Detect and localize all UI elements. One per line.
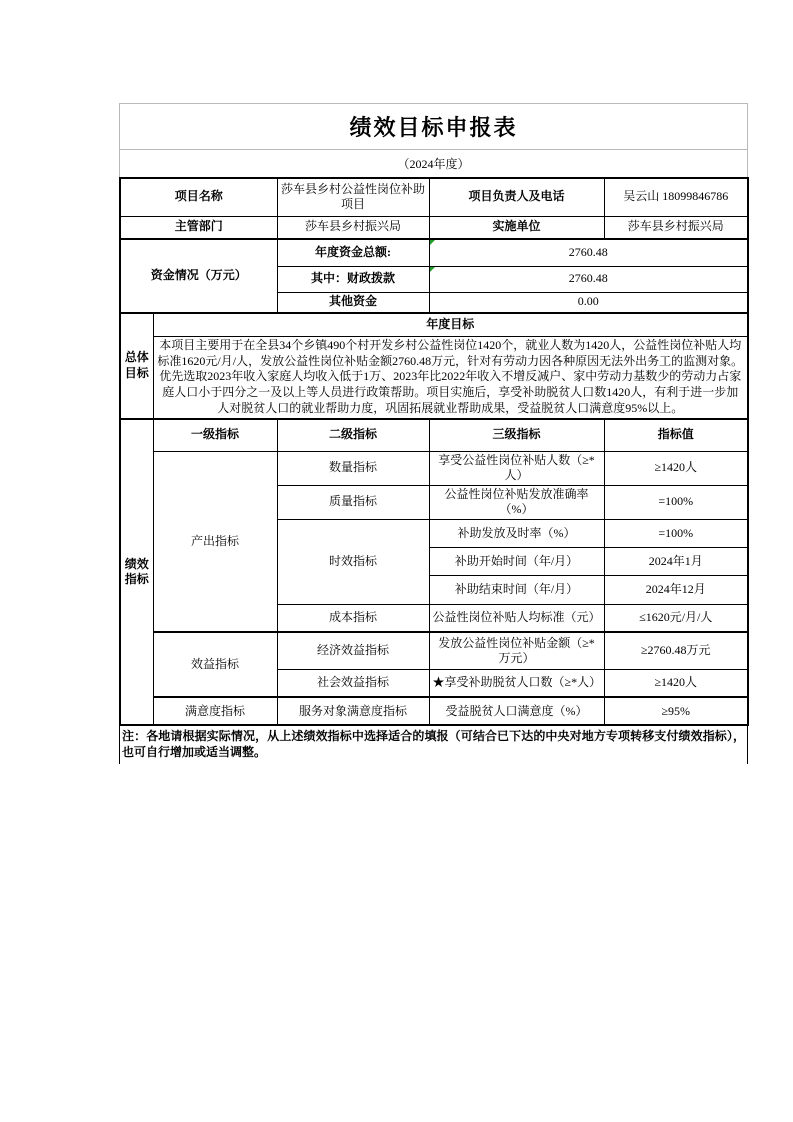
header-value: 指标值 bbox=[604, 419, 748, 451]
level3-indicator: 补助开始时间（年/月） bbox=[429, 547, 604, 575]
table-row: 产出指标 数量指标 享受公益性岗位补贴人数（≥*人） ≥1420人 bbox=[120, 451, 748, 485]
footnote: 注：各地请根据实际情况，从上述绩效指标中选择适合的填报（可结合已下达的中央对地方… bbox=[119, 726, 748, 764]
annual-goal-header: 年度目标 bbox=[153, 313, 748, 336]
project-leader-value: 吴云山 18099846786 bbox=[604, 178, 748, 216]
title-block: 绩效目标申报表 bbox=[119, 103, 748, 150]
indicators-label-line2: 指标 bbox=[125, 572, 149, 586]
level3-indicator: 公益性岗位补贴人均标准（元） bbox=[429, 604, 604, 632]
cell-error-indicator-icon bbox=[430, 240, 435, 245]
level3-indicator: 补助结束时间（年/月） bbox=[429, 575, 604, 604]
funding-other-value: 0.00 bbox=[429, 292, 748, 313]
level2-cost: 成本指标 bbox=[277, 604, 429, 632]
level2-satisfaction: 服务对象满意度指标 bbox=[277, 697, 429, 725]
level3-indicator: 受益脱贫人口满意度（%） bbox=[429, 697, 604, 725]
overall-goal-section-label: 总体 目标 bbox=[120, 313, 153, 419]
project-name-label: 项目名称 bbox=[120, 178, 277, 216]
page-subtitle: （2024年度） bbox=[119, 150, 748, 177]
performance-target-table: 项目名称 莎车县乡村公益性岗位补助项目 项目负责人及电话 吴云山 1809984… bbox=[119, 177, 749, 726]
indicator-value: ≤1620元/月/人 bbox=[604, 604, 748, 632]
dept-label: 主管部门 bbox=[120, 216, 277, 239]
indicator-value: =100% bbox=[604, 485, 748, 519]
indicator-value: ≥95% bbox=[604, 697, 748, 725]
level1-benefit: 效益指标 bbox=[153, 632, 277, 697]
indicator-value: ≥2760.48万元 bbox=[604, 632, 748, 669]
level2-social: 社会效益指标 bbox=[277, 669, 429, 697]
funding-section-label: 资金情况（万元） bbox=[120, 239, 277, 313]
funding-total-label: 年度资金总额: bbox=[277, 239, 429, 266]
overall-goal-label-line1: 总体 bbox=[125, 350, 149, 364]
funding-fiscal-value: 2760.48 bbox=[429, 266, 748, 292]
level2-quantity: 数量指标 bbox=[277, 451, 429, 485]
indicators-label-line1: 绩效 bbox=[125, 557, 149, 571]
page-title: 绩效目标申报表 bbox=[349, 111, 517, 142]
level3-indicator: 补助发放及时率（%） bbox=[429, 519, 604, 547]
header-level3: 三级指标 bbox=[429, 419, 604, 451]
dept-value: 莎车县乡村振兴局 bbox=[277, 216, 429, 239]
level2-quality: 质量指标 bbox=[277, 485, 429, 519]
header-level1: 一级指标 bbox=[153, 419, 277, 451]
cell-error-indicator-icon bbox=[430, 267, 435, 272]
indicator-value: =100% bbox=[604, 519, 748, 547]
document-sheet: 绩效目标申报表 （2024年度） 项目名称 莎车县乡村公益性岗位补助项目 项目负… bbox=[119, 103, 748, 764]
level3-indicator: 享受公益性岗位补贴人数（≥*人） bbox=[429, 451, 604, 485]
impl-unit-value: 莎车县乡村振兴局 bbox=[604, 216, 748, 239]
indicators-section-label: 绩效 指标 bbox=[120, 419, 153, 725]
impl-unit-label: 实施单位 bbox=[429, 216, 604, 239]
funding-fiscal-amount: 2760.48 bbox=[569, 271, 608, 285]
level1-satisfaction: 满意度指标 bbox=[153, 697, 277, 725]
header-level2: 二级指标 bbox=[277, 419, 429, 451]
funding-other-label: 其他资金 bbox=[277, 292, 429, 313]
level3-indicator: 公益性岗位补贴发放准确率（%） bbox=[429, 485, 604, 519]
level2-timeliness: 时效指标 bbox=[277, 519, 429, 604]
table-row: 效益指标 经济效益指标 发放公益性岗位补贴金额（≥*万元） ≥2760.48万元 bbox=[120, 632, 748, 669]
level3-indicator: 发放公益性岗位补贴金额（≥*万元） bbox=[429, 632, 604, 669]
funding-fiscal-label: 其中：财政拨款 bbox=[277, 266, 429, 292]
project-name-value: 莎车县乡村公益性岗位补助项目 bbox=[277, 178, 429, 216]
funding-total-amount: 2760.48 bbox=[569, 245, 608, 259]
funding-total-value: 2760.48 bbox=[429, 239, 748, 266]
level1-output: 产出指标 bbox=[153, 451, 277, 632]
indicator-value: ≥1420人 bbox=[604, 451, 748, 485]
indicator-value: 2024年1月 bbox=[604, 547, 748, 575]
overall-goal-label-line2: 目标 bbox=[125, 366, 149, 380]
indicator-value: ≥1420人 bbox=[604, 669, 748, 697]
level3-indicator: ★享受补助脱贫人口数（≥*人） bbox=[429, 669, 604, 697]
level2-economic: 经济效益指标 bbox=[277, 632, 429, 669]
table-row: 满意度指标 服务对象满意度指标 受益脱贫人口满意度（%） ≥95% bbox=[120, 697, 748, 725]
indicator-value: 2024年12月 bbox=[604, 575, 748, 604]
annual-goal-text: 本项目主要用于在全县34个乡镇490个村开发乡村公益性岗位1420个，就业人数为… bbox=[153, 336, 748, 419]
project-leader-label: 项目负责人及电话 bbox=[429, 178, 604, 216]
